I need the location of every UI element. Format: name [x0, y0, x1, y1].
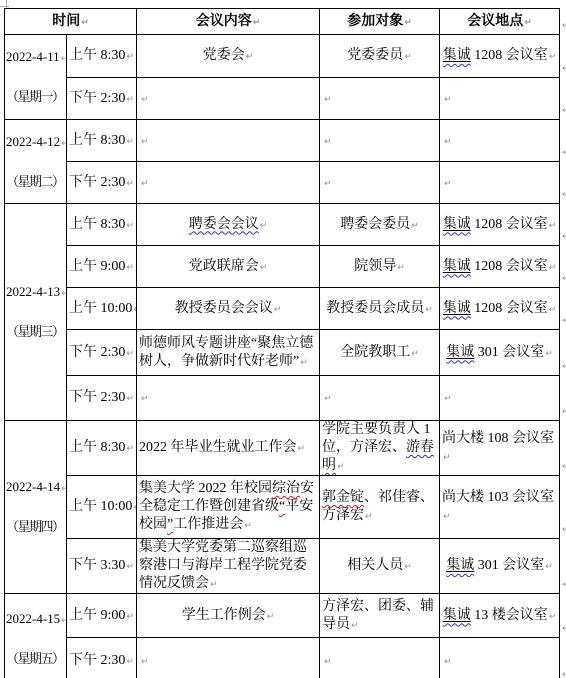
attendees-cell[interactable]: ↵: [320, 120, 440, 162]
underlined-text: 集诚: [443, 217, 471, 232]
table-row: 下午 2:30↵↵↵↵: [5, 162, 560, 204]
content-cell[interactable]: 2022 年毕业生就业工作会↵: [137, 421, 320, 476]
content-cell[interactable]: 师德师风专题讲座“聚焦立德树人，争做新时代好老师”↵: [137, 330, 320, 376]
table-row: 下午 2:30↵↵↵↵: [5, 376, 560, 421]
paragraph-mark: ↵: [524, 18, 532, 28]
paragraph-mark: ↵: [351, 621, 359, 631]
text-segment: 1208 会议室: [471, 301, 548, 316]
table-row: 2022-4-14↵（星期四）上午 8:30↵2022 年毕业生就业工作会↵学院…: [5, 421, 560, 476]
text-segment: 聘委会委员: [340, 217, 410, 232]
text-segment: 教授委员会成员: [326, 301, 424, 316]
end-of-row-mark: ↵: [562, 22, 566, 31]
table-row: 2022-4-11↵（星期一）上午 8:30↵党委会↵党委委员↵集诚 1208 …: [5, 35, 560, 78]
date-text: 2022-4-15↵: [6, 610, 65, 628]
paragraph-mark: ↵: [549, 263, 557, 273]
location-cell[interactable]: ↵: [440, 78, 560, 120]
table-row: 2022-4-15↵（星期五）上午 9:00↵学生工作例会↵方泽宏、团委、辅导员…: [5, 594, 560, 638]
paragraph-mark: ↵: [545, 349, 553, 359]
table-row: 上午 10:00↵教授委员会会议↵教授委员会成员↵集诚 1208 会议室↵: [5, 288, 560, 330]
time-cell[interactable]: 下午 2:30↵: [67, 330, 137, 376]
end-of-row-mark: ↵: [562, 625, 566, 634]
end-of-row-mark: ↵: [562, 233, 566, 242]
paragraph-mark: ↵: [126, 562, 134, 572]
paragraph-mark: ↵: [443, 512, 451, 522]
weekday-text: （星期四）: [6, 518, 65, 536]
text-segment: 集美大学 2022 年校园: [139, 481, 272, 496]
paragraph-mark: ↵: [444, 179, 452, 189]
header-location[interactable]: 会议地点↵: [440, 9, 560, 35]
spellcheck-flagged-text: 集诚: [443, 301, 471, 316]
time-cell[interactable]: 上午 8:30↵: [67, 120, 137, 162]
underlined-text: 集诚: [446, 558, 474, 573]
text-segment: 党委委员: [347, 48, 403, 63]
paragraph-mark: ↵: [126, 263, 134, 273]
paragraph-mark: ↵: [126, 349, 134, 359]
content-cell[interactable]: 聘委会会议↵: [137, 204, 320, 246]
location-cell[interactable]: ↵: [440, 638, 560, 678]
paragraph-mark: ↵: [324, 657, 332, 667]
end-of-row-mark: ↵: [562, 526, 566, 535]
time-cell[interactable]: 下午 2:30↵: [67, 376, 137, 421]
text-segment: 301 会议室: [474, 558, 544, 573]
text-segment: 301 会议室: [474, 345, 544, 360]
spellcheck-flagged-text: 集诚: [443, 217, 471, 232]
attendees-cell[interactable]: 党委委员↵: [320, 35, 440, 78]
time-cell[interactable]: 上午 10:00↵: [67, 476, 137, 539]
text-segment: 尚大楼 103 会议室: [442, 490, 554, 505]
time-cell[interactable]: 下午 3:30↵: [67, 539, 137, 594]
header-location-label: 会议地点: [467, 14, 523, 29]
paragraph-mark: ↵: [246, 52, 254, 62]
paragraph-mark: ↵: [61, 616, 66, 626]
time-cell[interactable]: 下午 2:30↵: [67, 78, 137, 120]
paragraph-mark: ↵: [81, 18, 89, 28]
time-cell[interactable]: 上午 9:00↵: [67, 594, 137, 638]
paragraph-mark: ↵: [365, 512, 373, 522]
paragraph-mark: ↵: [126, 394, 134, 404]
underlined-text: 集诚: [443, 301, 471, 316]
text-segment: 1208 会议室: [471, 217, 548, 232]
end-of-row-mark: ↵: [562, 107, 566, 116]
location-cell[interactable]: 集诚 301 会议室↵: [440, 330, 560, 376]
date-cell[interactable]: 2022-4-15↵（星期五）: [5, 594, 67, 678]
date-cell[interactable]: 2022-4-12↵（星期二）: [5, 120, 67, 204]
time-cell[interactable]: 上午 9:00↵: [67, 246, 137, 288]
end-of-row-mark: ↵: [562, 408, 566, 417]
paragraph-mark: ↵: [298, 444, 306, 454]
text-segment: 工作推进会: [173, 517, 243, 532]
attendees-cell[interactable]: ↵: [320, 78, 440, 120]
paragraph-mark: ↵: [141, 179, 149, 189]
paragraph-mark: ↵: [61, 54, 67, 64]
text-segment: 师德师风专题讲座“聚焦立德树人，争做新时代好老师”: [139, 336, 313, 369]
weekday-text: （星期二）: [6, 173, 65, 191]
text-segment: 集美大学党委第二巡察组巡察港口与海岸工程学院党委情况反馈会: [139, 540, 307, 591]
attendees-cell[interactable]: 教授委员会成员↵: [320, 288, 440, 330]
text-segment: 党政联席会: [189, 259, 259, 274]
paragraph-mark: ↵: [404, 18, 412, 28]
text-segment: 教授委员会会议: [175, 301, 273, 316]
table-row: 下午 2:30↵↵↵↵: [5, 638, 560, 678]
paragraph-mark: ↵: [300, 358, 308, 368]
paragraph-mark: ↵: [126, 221, 134, 231]
location-cell[interactable]: 集诚 301 会议室↵: [440, 539, 560, 594]
paragraph-mark: ↵: [61, 484, 66, 494]
paragraph-mark: ↵: [545, 562, 553, 572]
paragraph-mark: ↵: [444, 394, 452, 404]
time-cell[interactable]: 上午 8:30↵: [67, 421, 137, 476]
location-cell[interactable]: 集诚 13 楼会议室↵: [440, 594, 560, 638]
attendees-cell[interactable]: 院领导↵: [320, 246, 440, 288]
header-row: 时间↵ 会议内容↵ 参加对象↵ 会议地点↵: [5, 9, 560, 35]
date-text: 2022-4-14↵: [6, 478, 65, 496]
header-attendees-label: 参加对象: [347, 14, 403, 29]
time-cell[interactable]: 下午 2:30↵: [67, 162, 137, 204]
paragraph-mark: ↵: [337, 462, 345, 472]
paragraph-mark: ↵: [126, 444, 134, 454]
paragraph-mark: ↵: [141, 657, 149, 667]
content-cell[interactable]: 教授委员会会议↵: [137, 288, 320, 330]
table-move-handle-icon[interactable]: [0, 6, 9, 7]
paragraph-mark: ↵: [324, 137, 332, 147]
weekday-text: （星期三）: [6, 323, 65, 341]
header-time[interactable]: 时间↵: [5, 9, 137, 35]
date-text: 2022-4-11↵: [6, 48, 65, 66]
table-row: 2022-4-13↵（星期三）上午 8:30↵聘委会会议↵聘委会委员↵集诚 12…: [5, 204, 560, 246]
paragraph-mark: ↵: [443, 453, 451, 463]
paragraph-mark: ↵: [260, 263, 268, 273]
paragraph-mark: ↵: [404, 52, 412, 62]
text-segment: 尚大楼 108 会议室: [442, 431, 554, 446]
attendees-cell[interactable]: 全院教职工↵: [320, 330, 440, 376]
attendees-cell[interactable]: 郭金锭、祁佳睿、方泽宏↵: [320, 476, 440, 539]
text-segment: 学生工作例会: [182, 608, 266, 623]
location-cell[interactable]: 集诚 1208 会议室↵: [440, 35, 560, 78]
date-cell[interactable]: 2022-4-11↵（星期一）: [5, 35, 67, 120]
time-cell[interactable]: 下午 2:30↵: [67, 638, 137, 678]
content-cell[interactable]: 党政联席会↵: [137, 246, 320, 288]
underlined-text: 集诚: [443, 608, 471, 623]
end-of-row-mark: ↵: [562, 191, 566, 200]
end-of-row-mark: ↵: [562, 65, 566, 74]
schedule-table: 时间↵ 会议内容↵ 参加对象↵ 会议地点↵ 2022-4-11↵（星期一）上午 …: [4, 8, 560, 678]
spellcheck-flagged-text: 集诚: [443, 608, 471, 623]
end-of-row-mark: ↵: [562, 317, 566, 326]
paragraph-mark: ↵: [244, 521, 252, 531]
header-time-label: 时间: [52, 14, 80, 29]
paragraph-mark: ↵: [274, 305, 282, 315]
paragraph-mark: ↵: [549, 305, 557, 315]
spellcheck-flagged-text: 集诚: [443, 259, 471, 274]
paragraph-mark: ↵: [411, 221, 419, 231]
content-cell[interactable]: ↵: [137, 162, 320, 204]
location-cell[interactable]: 尚大楼 108 会议室↵: [440, 421, 560, 476]
location-cell[interactable]: 集诚 1208 会议室↵: [440, 204, 560, 246]
table-row: 上午 9:00↵党政联席会↵院领导↵集诚 1208 会议室↵: [5, 246, 560, 288]
end-of-row-mark: ↵: [562, 149, 566, 158]
paragraph-mark: ↵: [126, 137, 134, 147]
text-segment: 方泽宏、团委、辅导员: [322, 599, 434, 632]
paragraph-mark: ↵: [61, 289, 66, 299]
text-segment: 相关人员: [347, 558, 403, 573]
table-row: 下午 2:30↵↵↵↵: [5, 78, 560, 120]
paragraph-mark: ↵: [425, 305, 433, 315]
paragraph-mark: ↵: [260, 221, 268, 231]
text-segment: 党委会: [203, 48, 245, 63]
spellcheck-flagged-text: 聘委会会议: [189, 217, 259, 232]
end-of-row-mark: ↵: [562, 363, 566, 372]
paragraph-mark: ↵: [324, 179, 332, 189]
paragraph-mark: ↵: [549, 52, 557, 62]
attendees-cell[interactable]: ↵: [320, 376, 440, 421]
paragraph-mark: ↵: [444, 657, 452, 667]
paragraph-mark: ↵: [126, 657, 134, 667]
content-cell[interactable]: 集美大学党委第二巡察组巡察港口与海岸工程学院党委情况反馈会↵: [137, 539, 320, 594]
content-cell[interactable]: 党委会↵: [137, 35, 320, 78]
location-cell[interactable]: ↵: [440, 376, 560, 421]
text-segment: 13 楼会议室: [471, 608, 548, 623]
table-row: 下午 2:30↵师德师风专题讲座“聚焦立德树人，争做新时代好老师”↵全院教职工↵…: [5, 330, 560, 376]
weekday-text: （星期五）: [6, 650, 65, 668]
text-segment: 1208 会议室: [471, 48, 548, 63]
header-attendees[interactable]: 参加对象↵: [320, 9, 440, 35]
paragraph-mark: ↵: [404, 562, 412, 572]
paragraph-mark: ↵: [61, 139, 66, 149]
paragraph-mark: ↵: [141, 394, 149, 404]
paragraph-mark: ↵: [126, 95, 134, 105]
paragraph-mark: ↵: [126, 612, 134, 622]
weekday-text: （星期一）: [6, 88, 65, 106]
spellcheck-flagged-text: 集诚: [446, 558, 474, 573]
end-of-row-mark: ↵: [562, 581, 566, 590]
date-cell[interactable]: 2022-4-14↵（星期四）: [5, 421, 67, 594]
time-cell[interactable]: 上午 10:00↵: [67, 288, 137, 330]
content-cell[interactable]: ↵: [137, 78, 320, 120]
end-of-row-mark: ↵: [562, 275, 566, 284]
attendees-cell[interactable]: ↵: [320, 162, 440, 204]
text-segment: 2022 年毕业生就业工作会: [139, 440, 297, 455]
date-text: 2022-4-12↵: [6, 133, 65, 151]
paragraph-mark: ↵: [253, 18, 261, 28]
paragraph-mark: ↵: [444, 95, 452, 105]
content-cell[interactable]: ↵: [137, 376, 320, 421]
table-row: 下午 3:30↵集美大学党委第二巡察组巡察港口与海岸工程学院党委情况反馈会↵相关…: [5, 539, 560, 594]
location-cell[interactable]: 集诚 1208 会议室↵: [440, 246, 560, 288]
paragraph-mark: ↵: [549, 612, 557, 622]
paragraph-mark: ↵: [549, 221, 557, 231]
paragraph-mark: ↵: [397, 263, 405, 273]
date-text: 2022-4-13↵: [6, 283, 65, 301]
end-of-row-mark: ↵: [562, 463, 566, 472]
end-of-row-mark: ↵: [562, 671, 566, 678]
header-content-label: 会议内容: [196, 14, 252, 29]
location-cell[interactable]: 尚大楼 103 会议室↵: [440, 476, 560, 539]
content-cell[interactable]: ↵: [137, 120, 320, 162]
spellcheck-flagged-text: 郭金锭: [322, 490, 364, 505]
time-cell[interactable]: 上午 8:30↵: [67, 204, 137, 246]
paragraph-mark: ↵: [126, 52, 134, 62]
underlined-text: 集诚: [446, 345, 474, 360]
table-row: 上午 10:00↵集美大学 2022 年校园综治安全稳定工作暨创建省级“平安校园…: [5, 476, 560, 539]
content-cell[interactable]: ↵: [137, 638, 320, 678]
spellcheck-flagged-text: 综治: [272, 481, 300, 496]
underlined-text: 集诚: [443, 259, 471, 274]
attendees-cell[interactable]: 相关人员↵: [320, 539, 440, 594]
table-row: 2022-4-12↵（星期二）上午 8:30↵↵↵↵: [5, 120, 560, 162]
paragraph-mark: ↵: [141, 137, 149, 147]
paragraph-mark: ↵: [126, 179, 134, 189]
paragraph-mark: ↵: [324, 394, 332, 404]
paragraph-mark: ↵: [411, 349, 419, 359]
paragraph-mark: ↵: [444, 137, 452, 147]
date-cell[interactable]: 2022-4-13↵（星期三）: [5, 204, 67, 421]
location-cell[interactable]: ↵: [440, 120, 560, 162]
text-segment: 全院教职工: [340, 345, 410, 360]
header-content[interactable]: 会议内容↵: [137, 9, 320, 35]
spellcheck-flagged-text: 集诚: [446, 345, 474, 360]
attendees-cell[interactable]: 学院主要负责人 1 位，方泽宏、游春明↵: [320, 421, 440, 476]
content-cell[interactable]: 集美大学 2022 年校园综治安全稳定工作暨创建省级“平安校园”工作推进会↵: [137, 476, 320, 539]
attendees-cell[interactable]: ↵: [320, 638, 440, 678]
paragraph-mark: ↵: [324, 95, 332, 105]
time-cell[interactable]: 上午 8:30↵: [67, 35, 137, 78]
content-cell[interactable]: 学生工作例会↵: [137, 594, 320, 638]
location-cell[interactable]: ↵: [440, 162, 560, 204]
text-segment: 1208 会议室: [471, 259, 548, 274]
location-cell[interactable]: 集诚 1208 会议室↵: [440, 288, 560, 330]
spellcheck-flagged-text: 集诚: [443, 48, 471, 63]
underlined-text: 集诚: [443, 48, 471, 63]
paragraph-mark: ↵: [141, 95, 149, 105]
paragraph-mark: ↵: [267, 612, 275, 622]
attendees-cell[interactable]: 方泽宏、团委、辅导员↵: [320, 594, 440, 638]
paragraph-mark: ↵: [210, 580, 218, 590]
text-segment: 院领导: [354, 259, 396, 274]
attendees-cell[interactable]: 聘委会委员↵: [320, 204, 440, 246]
